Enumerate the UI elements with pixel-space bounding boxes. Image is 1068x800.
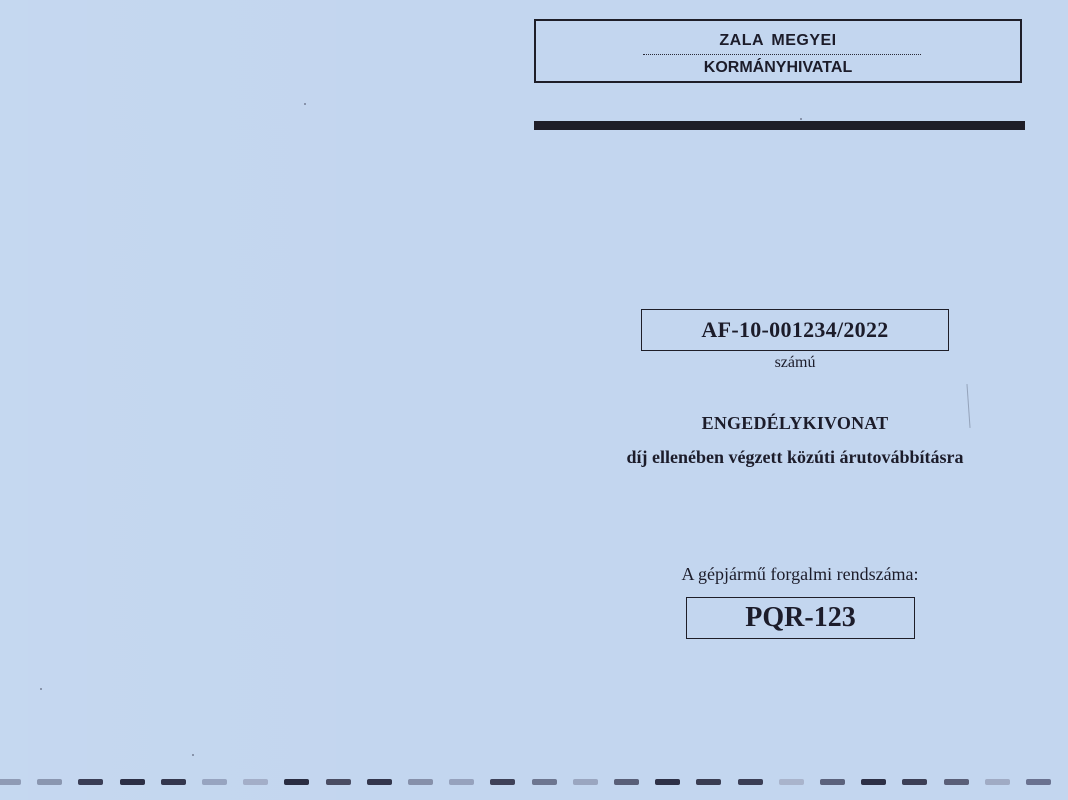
perforation-dash bbox=[861, 779, 886, 785]
perforation-dash bbox=[78, 779, 103, 785]
perforation-dash bbox=[243, 779, 268, 785]
perforation-dash bbox=[0, 779, 21, 785]
perforation-dash bbox=[532, 779, 557, 785]
perforation-dash bbox=[120, 779, 145, 785]
permit-number: AF-10-001234/2022 bbox=[701, 317, 888, 342]
plate-number: PQR-123 bbox=[745, 602, 855, 633]
perforation-dash bbox=[408, 779, 433, 785]
perforation-line bbox=[0, 779, 1068, 787]
perforation-dash bbox=[1026, 779, 1051, 785]
paper-speck bbox=[192, 754, 194, 756]
perforation-dash bbox=[573, 779, 598, 785]
issuing-authority-box: ZALA MEGYEI KORMÁNYHIVATAL bbox=[534, 19, 1022, 83]
paper-speck bbox=[40, 688, 42, 690]
paper-speck bbox=[304, 103, 306, 105]
permit-extract-page: ZALA MEGYEI KORMÁNYHIVATAL AF-10-001234/… bbox=[0, 0, 1068, 800]
perforation-dash bbox=[284, 779, 309, 785]
plate-number-label: A gépjármű forgalmi rendszáma: bbox=[640, 564, 960, 585]
document-subtitle: díj ellenében végzett közúti árutovábbít… bbox=[560, 447, 1030, 468]
permit-number-box: AF-10-001234/2022 bbox=[641, 309, 949, 351]
numbered-label: számú bbox=[641, 354, 949, 372]
perforation-dash bbox=[779, 779, 804, 785]
perforation-dash bbox=[37, 779, 62, 785]
perforation-dash bbox=[902, 779, 927, 785]
perforation-dash bbox=[367, 779, 392, 785]
header-rule bbox=[534, 121, 1025, 130]
document-title: ENGEDÉLYKIVONAT bbox=[560, 413, 1030, 434]
perforation-dash bbox=[161, 779, 186, 785]
perforation-dash bbox=[655, 779, 680, 785]
perforation-dash bbox=[326, 779, 351, 785]
dotted-divider bbox=[643, 54, 921, 55]
plate-number-box: PQR-123 bbox=[686, 597, 915, 639]
perforation-dash bbox=[985, 779, 1010, 785]
perforation-dash bbox=[202, 779, 227, 785]
authority-county: ZALA MEGYEI bbox=[536, 32, 1020, 50]
perforation-dash bbox=[614, 779, 639, 785]
perforation-dash bbox=[820, 779, 845, 785]
perforation-dash bbox=[449, 779, 474, 785]
perforation-dash bbox=[490, 779, 515, 785]
perforation-dash bbox=[696, 779, 721, 785]
authority-office: KORMÁNYHIVATAL bbox=[536, 59, 1020, 77]
paper-speck bbox=[800, 118, 802, 120]
perforation-dash bbox=[944, 779, 969, 785]
perforation-dash bbox=[738, 779, 763, 785]
